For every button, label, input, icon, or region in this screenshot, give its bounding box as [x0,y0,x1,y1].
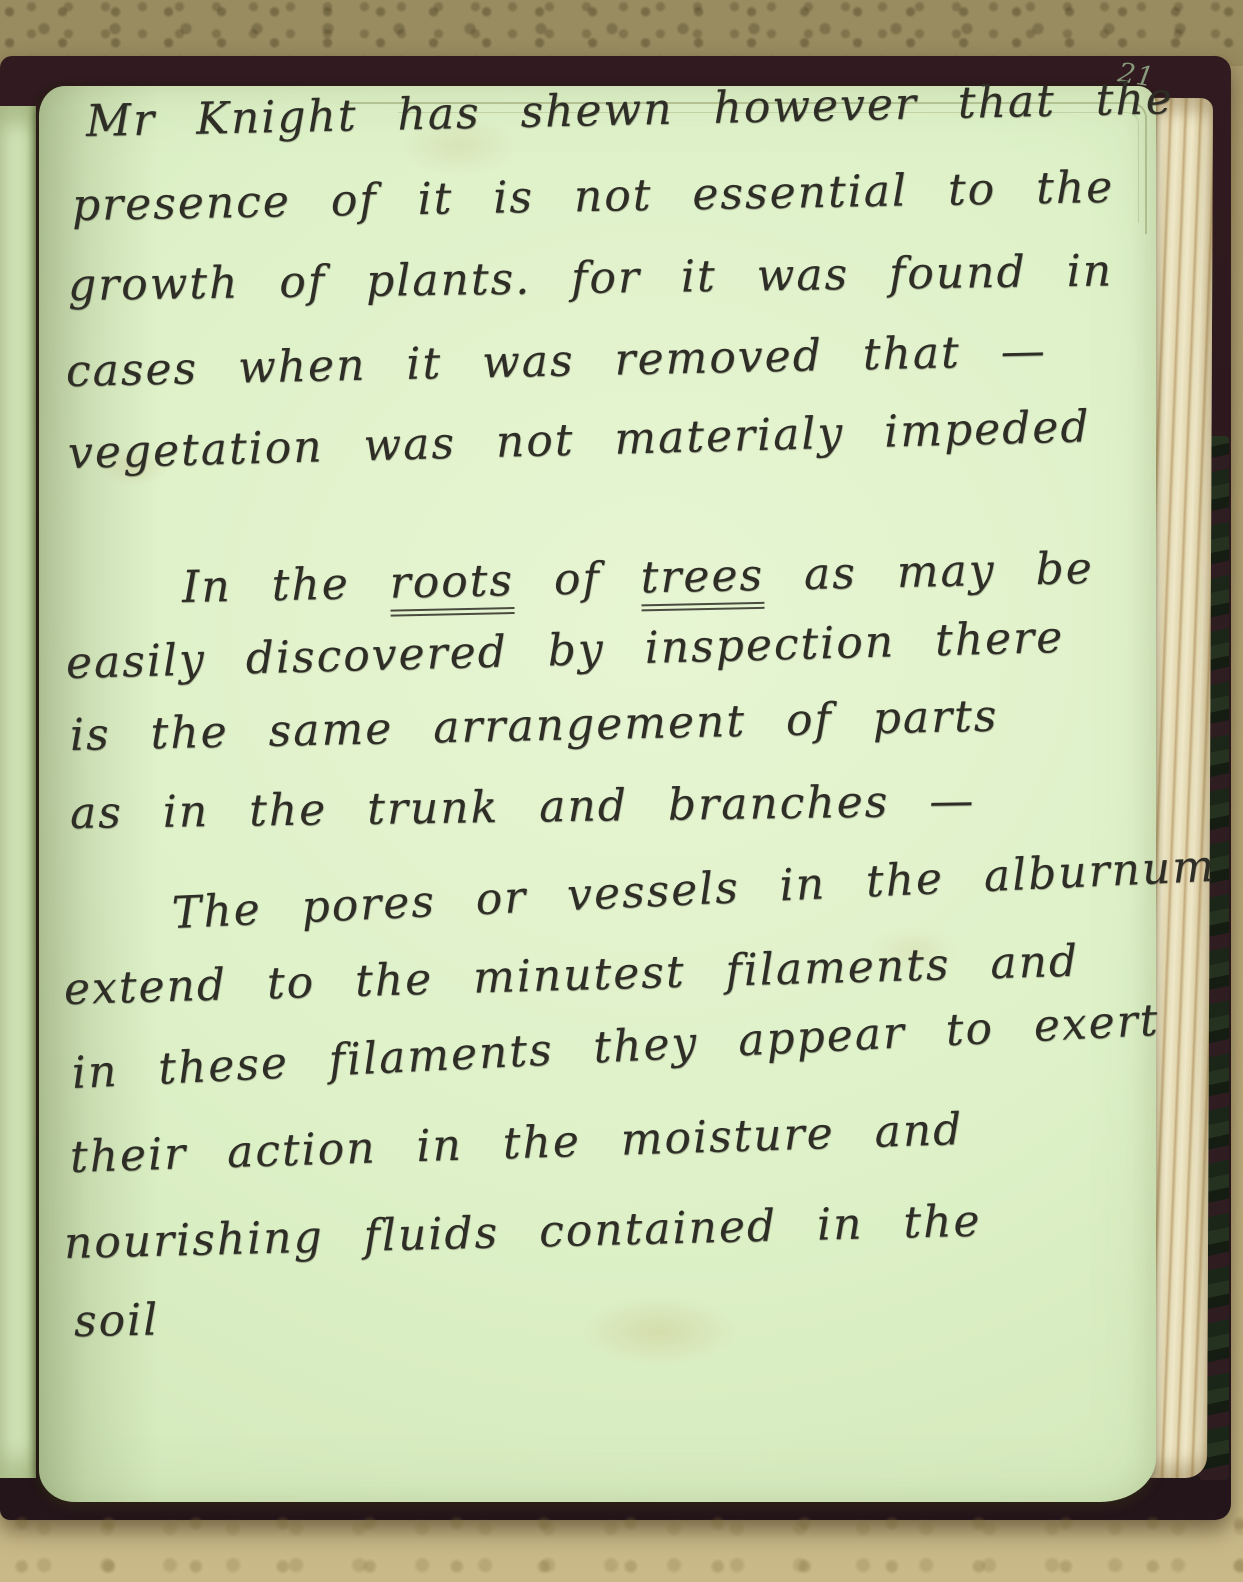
manuscript-line: is the same arrangement of parts [70,695,999,758]
manuscript-line: in these filaments they appear to exert [71,999,1160,1096]
manuscript-line: cases when it was removed that — [66,329,1048,394]
table-surface-bottom [0,1504,1243,1582]
line-segment: In the [181,558,390,613]
line-segment: of [513,552,641,606]
manuscript-line: vegetation was not materialy impeded [67,405,1091,476]
underlined-word-roots: roots [389,555,514,617]
underlined-word-trees: trees [640,550,765,612]
manuscript-line: easily discovered by inspection there [65,616,1064,686]
notebook-photo: 21 Mr Knight has shewn however that the … [0,0,1243,1582]
manuscript-line: presence of it is not essential to the [72,166,1115,228]
manuscript-line: soil [74,1299,160,1344]
manuscript-text: Mr Knight has shewn however that the pre… [0,0,1243,1582]
manuscript-line: their action in the moisture and [69,1108,964,1180]
manuscript-line: nourishing fluids contained in the [63,1200,982,1266]
manuscript-line: extend to the minutest filaments and [63,940,1079,1012]
line-segment: as may be [763,543,1094,601]
manuscript-line: In the roots of trees as may be [182,547,1095,610]
manuscript-line: as in the trunk and branches — [70,779,976,836]
manuscript-line: Mr Knight has shewn however that the [86,77,1175,144]
manuscript-line: The pores or vessels in the alburnum [171,845,1217,936]
manuscript-line: growth of plants. for it was found in [68,249,1114,308]
